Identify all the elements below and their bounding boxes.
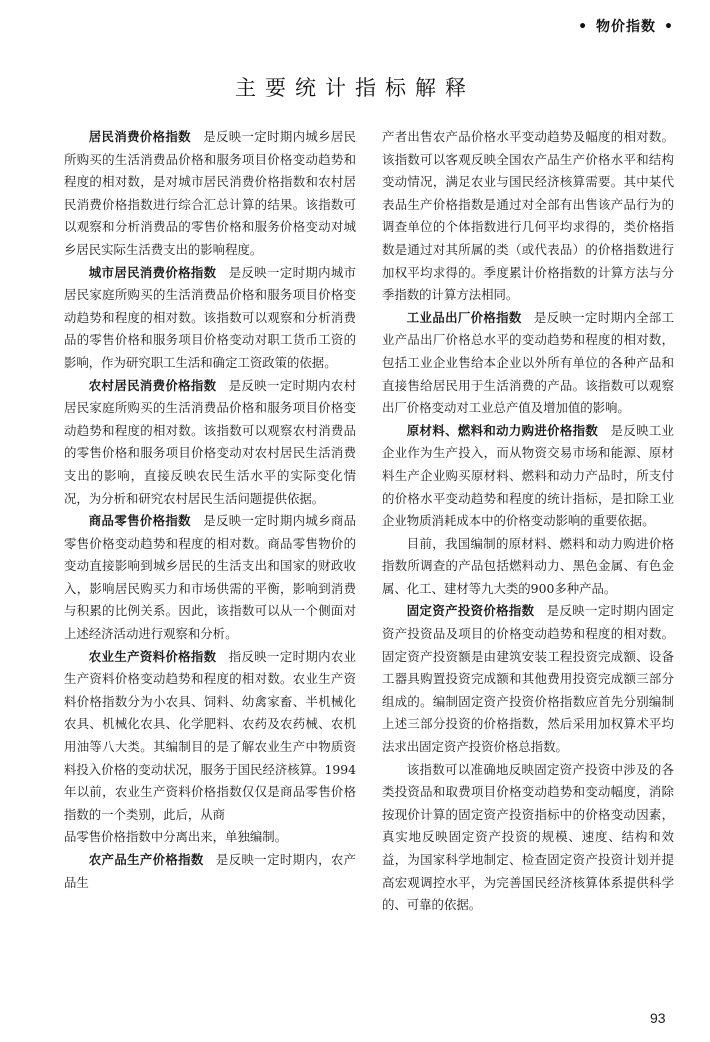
section-name: 物价指数 [596,19,656,35]
paragraph-text: 是反映一定时期内农村居民家庭所购买的生活消费品价格和服务项目价格变动趋势和程度的… [64,378,356,506]
paragraph-urban-cpi: 城市居民消费价格指数是反映一定时期内城市居民家庭所购买的生活消费品价格和服务项目… [64,262,356,375]
paragraph-text: 指反映一定时期内农业生产资料价格变动趋势和程度的相对数。农业生产资料价格指数分为… [64,649,356,822]
bullet-right: • [664,19,674,35]
paragraph-ppi: 工业品出厂价格指数是反映一定时期内全部工业产品出厂价格总水平的变动趋势和程度的相… [382,307,674,420]
page-title: 主要统计指标解释 [0,72,710,102]
term-heading: 原材料、燃料和动力购进价格指数 [407,423,598,438]
body-columns: 居民消费价格指数是反映一定时期内城乡居民所购买的生活消费品价格和服务项目价格变动… [64,126,674,917]
paragraph-text: 目前，我国编制的原材料、燃料和动力购进价格指数所调查的产品包括燃料动力、黑色金属… [382,536,674,596]
paragraph-fixed-asset-usage: 该指数可以准确地反映固定资产投资中涉及的各类投资品和取费项目价格变动趋势和变动幅… [382,759,674,917]
page-number: 93 [650,1010,666,1026]
term-heading: 城市居民消费价格指数 [89,265,217,280]
paragraph-text: 品零售价格指数中分离出来，单独编制。 [64,829,287,844]
term-heading: 农产品生产价格指数 [89,852,204,867]
term-heading: 居民消费价格指数 [89,129,191,144]
right-column: 产者出售农产品价格水平变动趋势及幅度的相对数。该指数可以客观反映全国农产品生产价… [382,126,674,917]
term-heading: 商品零售价格指数 [89,513,191,528]
paragraph-fixed-asset-price-index: 固定资产投资价格指数是反映一定时期内固定资产投资品及项目的价格变动趋势和程度的相… [382,600,674,758]
term-heading: 农业生产资料价格指数 [89,649,217,664]
paragraph-rural-cpi: 农村居民消费价格指数是反映一定时期内农村居民家庭所购买的生活消费品价格和服务项目… [64,375,356,511]
paragraph-text: 是反映一定时期内城乡居民所购买的生活消费品价格和服务项目价格变动趋势和程度的相对… [64,129,356,257]
paragraph-text: 是反映一定时期内全部工业产品出厂价格总水平的变动趋势和程度的相对数，包括工业企业… [382,310,674,415]
bullet-left: • [578,19,588,35]
paragraph-cpi: 居民消费价格指数是反映一定时期内城乡居民所购买的生活消费品价格和服务项目价格变动… [64,126,356,262]
paragraph-farm-product-continued: 产者出售农产品价格水平变动趋势及幅度的相对数。该指数可以客观反映全国农产品生产价… [382,126,674,307]
paragraph-text: 产者出售农产品价格水平变动趋势及幅度的相对数。该指数可以客观反映全国农产品生产价… [382,129,674,302]
term-heading: 固定资产投资价格指数 [407,603,535,618]
paragraph-text: 是反映工业企业作为生产投入，而从物资交易市场和能源、原材料生产企业购买原材料、燃… [382,423,674,528]
term-heading: 农村居民消费价格指数 [89,378,217,393]
paragraph-text: 该指数可以准确地反映固定资产投资中涉及的各类投资品和取费项目价格变动趋势和变动幅… [382,762,674,913]
paragraph-purchase-scope: 目前，我国编制的原材料、燃料和动力购进价格指数所调查的产品包括燃料动力、黑色金属… [382,533,674,601]
paragraph-continuation: 品零售价格指数中分离出来，单独编制。 [64,826,356,849]
paragraph-agri-means-price-index: 农业生产资料价格指数指反映一定时期内农业生产资料价格变动趋势和程度的相对数。农业… [64,646,356,827]
running-header: •物价指数• [570,16,682,36]
left-column: 居民消费价格指数是反映一定时期内城乡居民所购买的生活消费品价格和服务项目价格变动… [64,126,356,917]
paragraph-farm-product-price-index: 农产品生产价格指数是反映一定时期内，农产品生 [64,849,356,894]
paragraph-retail-price-index: 商品零售价格指数是反映一定时期内城乡商品零售价格变动趋势和程度的相对数。商品零售… [64,510,356,646]
term-heading: 工业品出厂价格指数 [407,310,522,325]
paragraph-text: 是反映一定时期内城乡商品零售价格变动趋势和程度的相对数。商品零售物价的变动直接影… [64,513,356,641]
paragraph-text: 是反映一定时期内城市居民家庭所购买的生活消费品价格和服务项目价格变动趋势和程度的… [64,265,356,370]
paragraph-text: 是反映一定时期内固定资产投资品及项目的价格变动趋势和程度的相对数。固定资产投资额… [382,603,674,754]
paragraph-purchase-price-index: 原材料、燃料和动力购进价格指数是反映工业企业作为生产投入，而从物资交易市场和能源… [382,420,674,533]
